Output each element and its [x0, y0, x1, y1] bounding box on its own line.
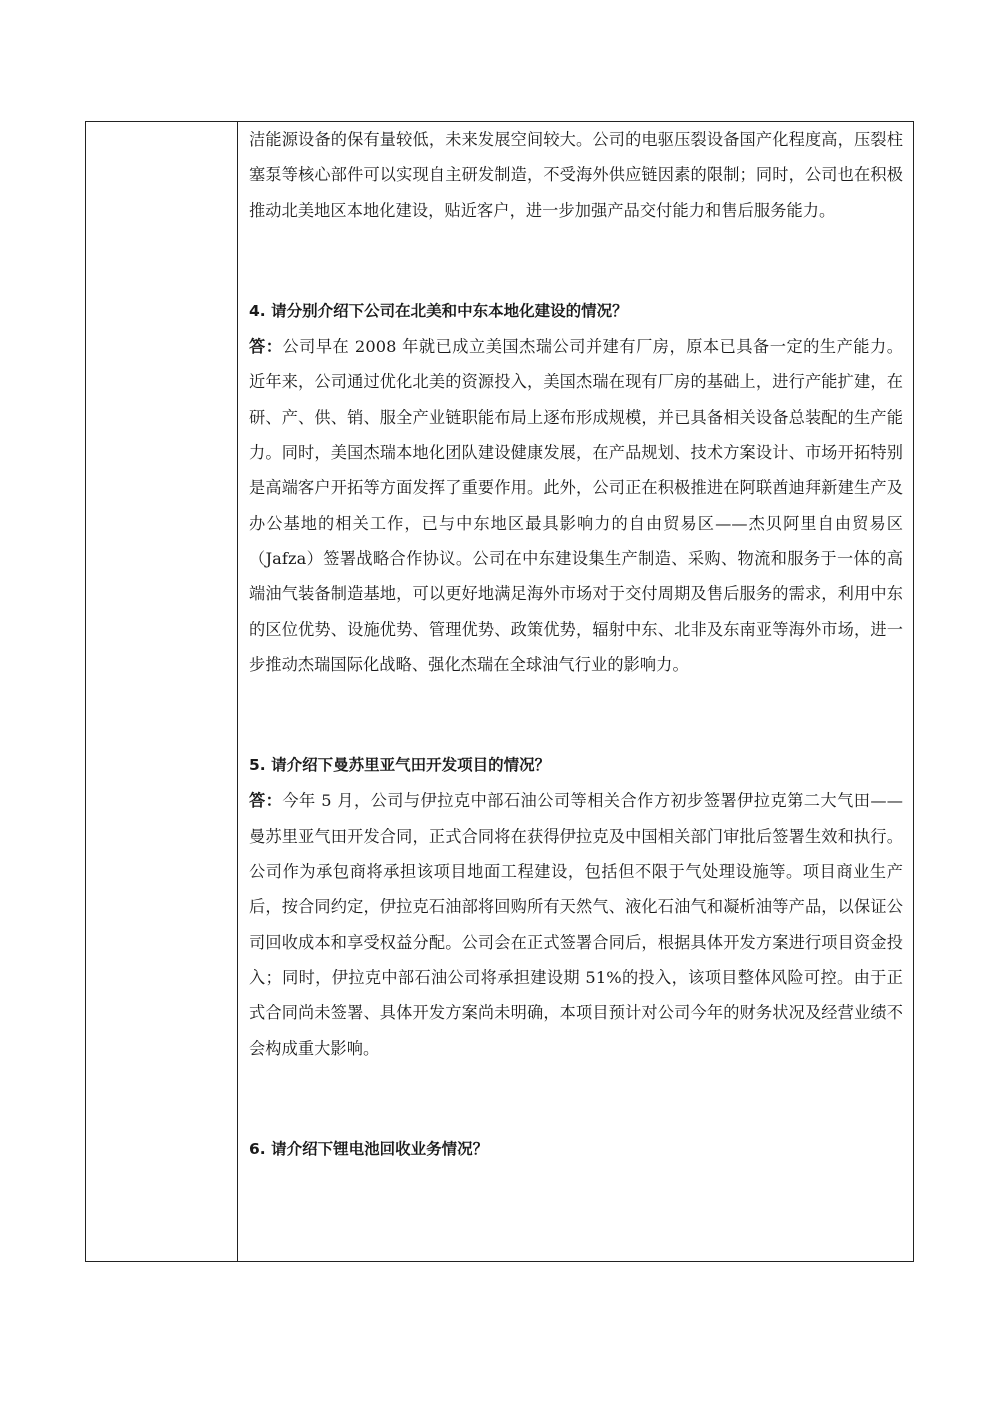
content-table: 洁能源设备的保有量较低，未来发展空间较大。公司的电驱压裂设备国产化程度高，压裂柱… — [85, 121, 914, 1262]
continuation-paragraph: 洁能源设备的保有量较低，未来发展空间较大。公司的电驱压裂设备国产化程度高，压裂柱… — [249, 122, 903, 228]
answer-5-text: 今年 5 月，公司与伊拉克中部石油公司等相关合作方初步签署伊拉克第二大气田——曼… — [249, 791, 903, 1057]
question-5: 5. 请介绍下曼苏里亚气田开发项目的情况？ — [249, 748, 903, 783]
question-4: 4. 请分别介绍下公司在北美和中东本地化建设的情况？ — [249, 294, 903, 329]
answer-4-text: 公司早在 2008 年就已成立美国杰瑞公司并建有厂房，原本已具备一定的生产能力。… — [249, 337, 903, 674]
question-6: 6. 请介绍下锂电池回收业务情况？ — [249, 1132, 903, 1167]
answer-label: 答： — [249, 791, 282, 810]
table-label-cell — [86, 122, 238, 1261]
table-content-cell: 洁能源设备的保有量较低，未来发展空间较大。公司的电驱压裂设备国产化程度高，压裂柱… — [238, 122, 913, 1261]
answer-5: 答：今年 5 月，公司与伊拉克中部石油公司等相关合作方初步签署伊拉克第二大气田—… — [249, 783, 903, 1065]
answer-label: 答： — [249, 337, 282, 356]
answer-4: 答：公司早在 2008 年就已成立美国杰瑞公司并建有厂房，原本已具备一定的生产能… — [249, 329, 903, 682]
